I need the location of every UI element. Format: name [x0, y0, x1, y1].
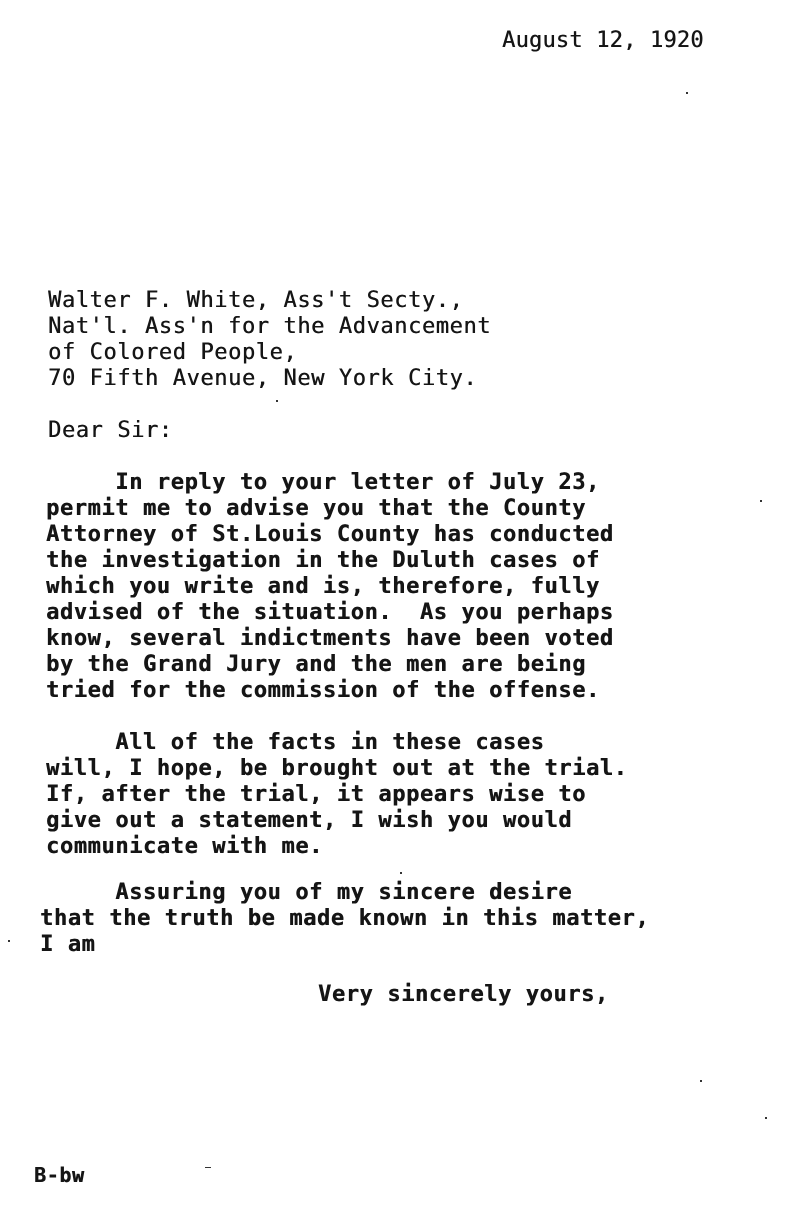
scan-speck — [686, 92, 688, 94]
body-line: I am — [40, 932, 95, 958]
scan-speck — [400, 872, 402, 874]
body-line: If, after the trial, it appears wise to — [46, 782, 586, 808]
body-line: Attorney of St.Louis County has conducte… — [46, 522, 614, 548]
recipient-line: Walter F. White, Ass't Secty., — [48, 288, 463, 314]
recipient-line: of Colored People, — [48, 340, 297, 366]
body-line: give out a statement, I wish you would — [46, 808, 572, 834]
scan-speck — [205, 1167, 211, 1168]
recipient-line: 70 Fifth Avenue, New York City. — [48, 366, 477, 392]
reference-initials: B-bw — [34, 1162, 85, 1188]
complimentary-closing: Very sincerely yours, — [318, 982, 609, 1008]
body-line: Assuring you of my sincere desire — [46, 880, 572, 906]
body-line: that the truth be made known in this mat… — [40, 906, 649, 932]
scan-speck — [276, 400, 278, 402]
letter-date: August 12, 1920 — [502, 28, 704, 54]
body-line: tried for the commission of the offense. — [46, 678, 600, 704]
body-line: All of the facts in these cases — [46, 730, 544, 756]
body-line: by the Grand Jury and the men are being — [46, 652, 586, 678]
scan-speck — [8, 940, 10, 942]
body-line: the investigation in the Duluth cases of — [46, 548, 600, 574]
body-line: know, several indictments have been vote… — [46, 626, 614, 652]
body-line: permit me to advise you that the County — [46, 496, 586, 522]
body-line: advised of the situation. As you perhaps — [46, 600, 614, 626]
body-line: In reply to your letter of July 23, — [46, 470, 600, 496]
recipient-line: Nat'l. Ass'n for the Advancement — [48, 314, 491, 340]
letter-page: August 12, 1920 Walter F. White, Ass't S… — [0, 0, 800, 1229]
body-line: communicate with me. — [46, 834, 323, 860]
body-line: which you write and is, therefore, fully — [46, 574, 600, 600]
scan-speck — [760, 500, 762, 502]
salutation: Dear Sir: — [48, 418, 173, 444]
scan-speck — [700, 1080, 702, 1082]
scan-speck — [765, 1117, 767, 1119]
body-line: will, I hope, be brought out at the tria… — [46, 756, 628, 782]
